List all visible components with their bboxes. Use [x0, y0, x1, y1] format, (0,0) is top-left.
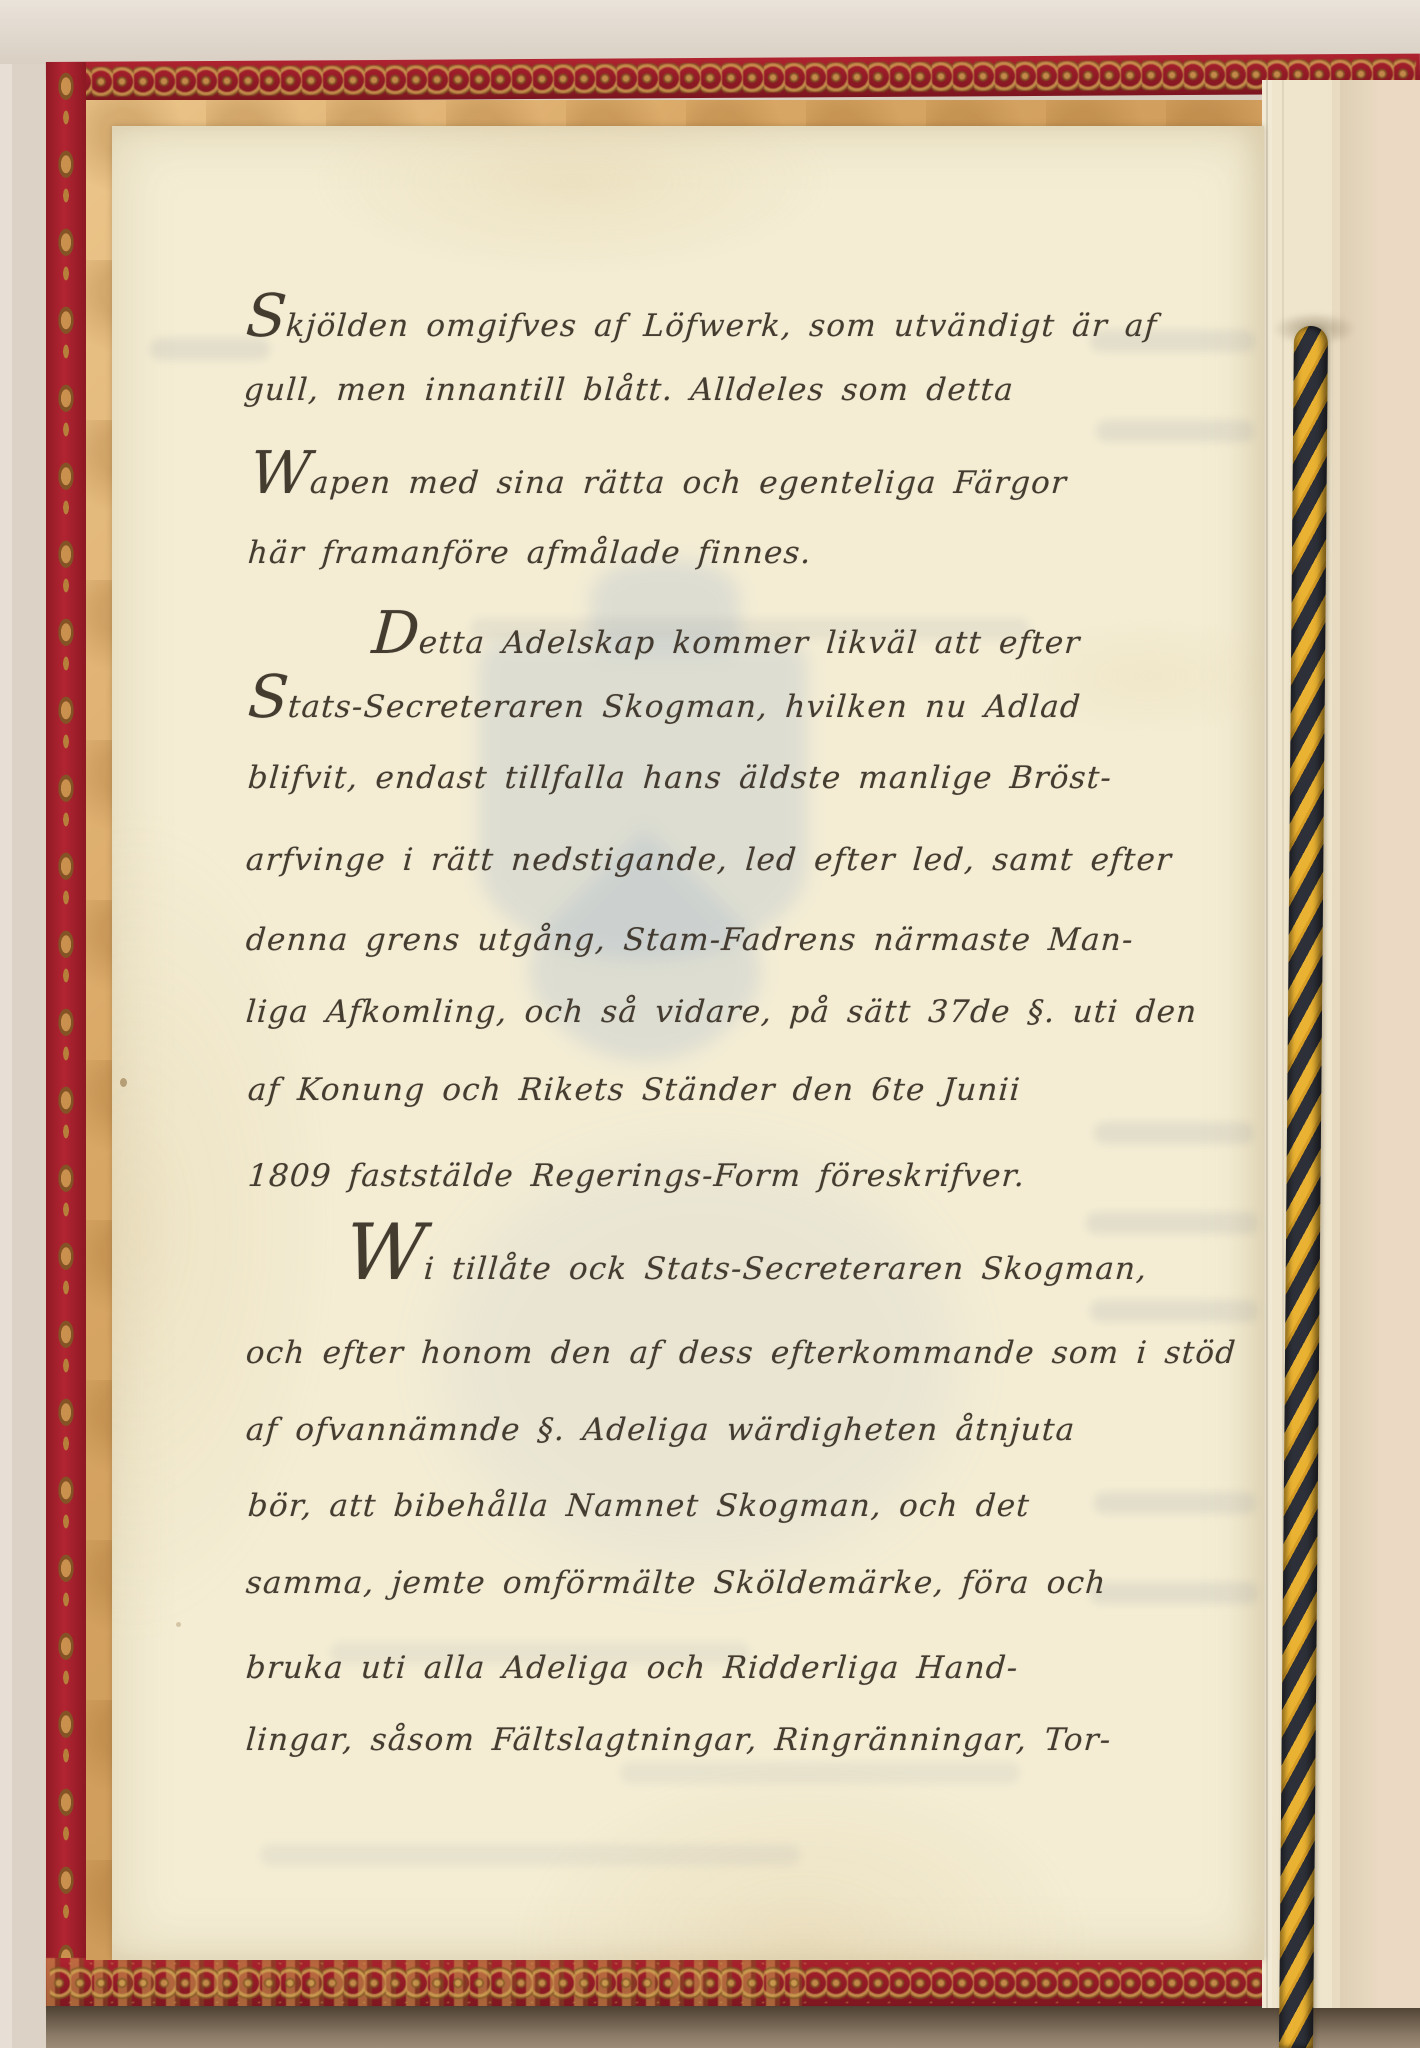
gutter-shadow	[1340, 80, 1380, 2008]
bleedthrough-text-line	[1096, 420, 1254, 442]
handwritten-line-14: och efter honom den af dess efterkommand…	[245, 1335, 1238, 1371]
cover-left-gold-band	[46, 62, 86, 2010]
handwritten-line-18: bruka uti alla Adeliga och Ridderliga Ha…	[245, 1650, 1020, 1686]
cover-bottom-shadow	[46, 2006, 1420, 2048]
handwritten-line-5: Detta Adelskap kommer likväl att efter	[370, 612, 1082, 661]
handwritten-line-12: 1809 faststälde Regerings-Form föreskrif…	[247, 1158, 1027, 1194]
bleedthrough-text-line	[1090, 1582, 1258, 1604]
handwritten-line-8: arfvinge i rätt nedstigande, led efter l…	[245, 842, 1174, 878]
bleedthrough-text-line	[620, 1762, 1020, 1784]
handwritten-line-1: Skjölden omgifves af Löfwerk, som utvänd…	[244, 295, 1159, 344]
bleedthrough-text-line	[1090, 1300, 1258, 1322]
bleedthrough-text-line	[260, 1844, 800, 1866]
handwritten-line-7: blifvit, endast tillfalla hans äldste ma…	[247, 760, 1114, 796]
handwritten-line-4: här framanföre afmålade finnes.	[247, 535, 813, 571]
handwritten-line-3: Wapen med sina rätta och egenteliga Färg…	[248, 452, 1069, 501]
handwritten-line-6: Stats-Secreteraren Skogman, hvilken nu A…	[246, 676, 1083, 725]
handwritten-line-2: gull, men innantill blått. Alldeles som …	[243, 372, 1015, 408]
handwritten-line-16: bör, att bibehålla Namnet Skogman, och d…	[247, 1488, 1032, 1524]
handwritten-line-19: lingar, såsom Fältslagtningar, Ringränni…	[245, 1722, 1113, 1758]
bleedthrough-text-line	[1094, 1492, 1256, 1514]
cover-bottom-gold-band	[46, 1958, 1420, 2008]
handwritten-line-15: af ofvannämnde §. Adeliga wärdigheten åt…	[245, 1412, 1077, 1448]
handwritten-line-10: liga Afkomling, och så vidare, på sätt 3…	[245, 994, 1199, 1030]
handwritten-line-17: samma, jemte omförmälte Sköldemärke, för…	[245, 1565, 1108, 1601]
paper-fleck	[120, 1078, 127, 1087]
handwritten-line-13: Wi tillåte ock Stats-Secreteraren Skogma…	[343, 1230, 1150, 1287]
cover-top-gold-band	[46, 54, 1420, 102]
bleedthrough-text-line	[1094, 1122, 1254, 1144]
handwritten-line-11: af Konung och Rikets Ständer den 6te Jun…	[247, 1072, 1022, 1108]
handwritten-line-9: denna grens utgång, Stam-Fadrens närmast…	[245, 922, 1135, 958]
paper-fleck	[176, 1622, 181, 1627]
manuscript-photo: Skjölden omgifves af Löfwerk, som utvänd…	[0, 0, 1420, 2048]
